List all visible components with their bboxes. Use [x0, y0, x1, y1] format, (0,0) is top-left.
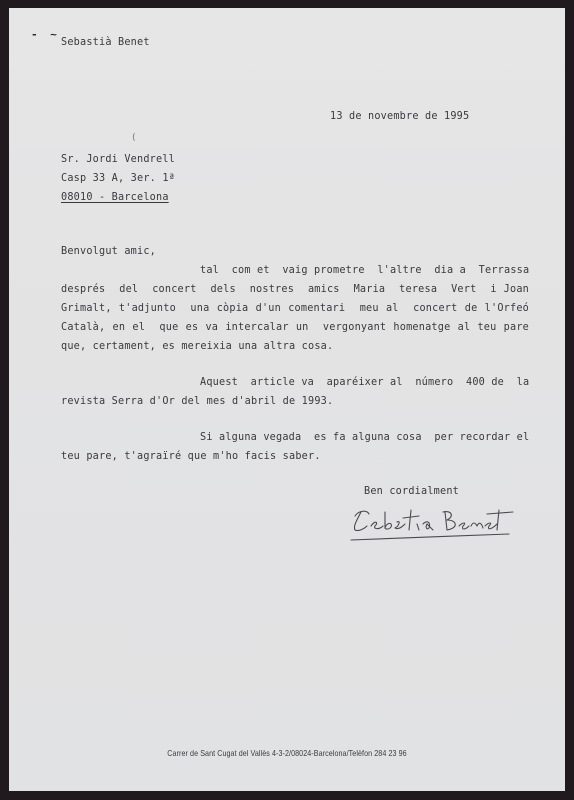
- paragraph-line: Grimalt, t'adjunto una còpia d'un coment…: [61, 303, 529, 314]
- paragraph-line: després del concert dels nostres amics M…: [61, 284, 529, 295]
- paragraph-line: tal com et vaig prometre l'altre dia a T…: [200, 265, 529, 276]
- sender-name: Sebastià Benet: [61, 37, 150, 48]
- letter-page: - ~ Sebastià Benet 13 de novembre de 199…: [9, 8, 565, 791]
- closing: Ben cordialment: [364, 486, 459, 497]
- paragraph-line: Català, en el que es va intercalar un ve…: [61, 322, 529, 333]
- salutation: Benvolgut amic,: [61, 246, 156, 257]
- paragraph-line: que, certament, es mereixia una altra co…: [61, 341, 529, 352]
- paragraph-line: revista Serra d'Or del mes d'abril de 19…: [61, 396, 529, 407]
- handwritten-signature: [347, 504, 517, 544]
- paragraph-line: Si alguna vegada es fa alguna cosa per r…: [200, 432, 529, 443]
- recipient-city: 08010 - Barcelona: [61, 192, 169, 203]
- paragraph-line: Aquest article va aparéixer al número 40…: [200, 377, 529, 388]
- letter-date: 13 de novembre de 1995: [330, 111, 469, 122]
- recipient-name: Sr. Jordi Vendrell: [61, 154, 175, 165]
- pen-mark: (: [131, 133, 137, 143]
- corner-mark: - ~: [31, 28, 60, 41]
- recipient-street: Casp 33 A, 3er. 1ª: [61, 173, 175, 184]
- letterhead-footer: Carrer de Sant Cugat del Vallès 4-3-2/08…: [51, 748, 524, 758]
- paragraph-line: teu pare, t'agraïré que m'ho facis saber…: [61, 451, 529, 462]
